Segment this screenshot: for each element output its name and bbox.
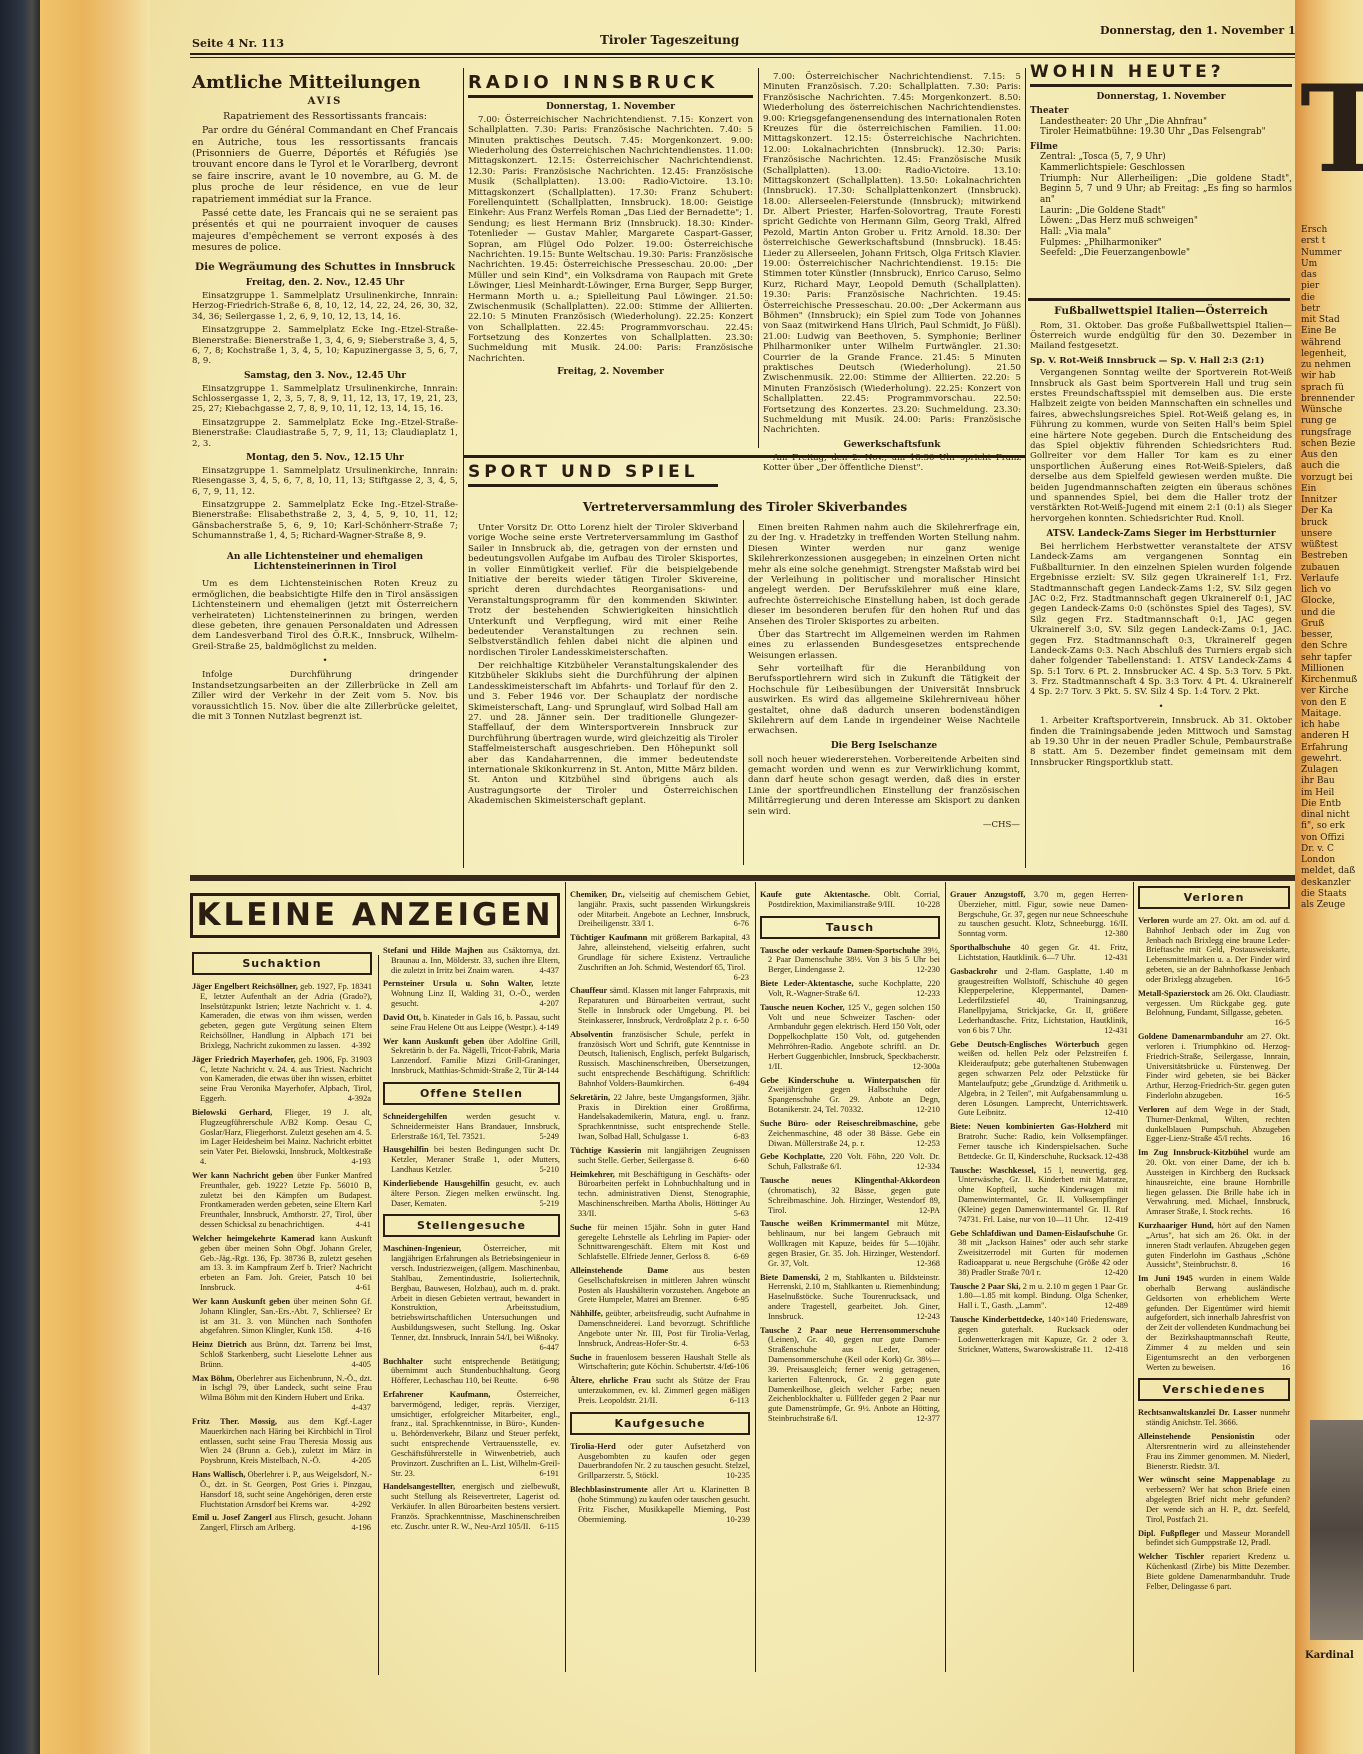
classified-ad: Metall-Spazierstock am 26. Okt. Claudias… (1138, 989, 1290, 1028)
ad-code: 6-191 (547, 1469, 560, 1479)
avis-paragraph: Par ordre du Général Commandant en Chef … (192, 125, 458, 205)
classified-ad: Erfahrener Kaufmann, Österreicher, barve… (383, 1390, 560, 1478)
ad-code: 12-368 (924, 1259, 940, 1269)
ad-list: Tausche oder verkaufe Damen-Sportschuhe … (760, 946, 940, 1424)
fussball-article: Fußballwettspiel Italien—Österreich Rom,… (1030, 305, 1292, 771)
sport-title: SPORT UND SPIEL (468, 462, 718, 487)
page-number: Seite 4 Nr. 113 (192, 37, 284, 50)
ad-lead: Jäger Friedrich Mayerhofer, (192, 1055, 296, 1064)
ad-lead: Kinderliebende Hausgehilfin (383, 1179, 490, 1188)
ad-list: Verloren wurde am 27. Okt. am od. auf d.… (1138, 916, 1290, 1372)
ad-code: 6-76 (742, 919, 750, 929)
ad-lead: Buchhalter (383, 1357, 423, 1366)
classified-ad: Goldene Damenarmbanduhr am 27. Okt. verl… (1138, 1032, 1290, 1101)
classified-ad: Jäger Friedrich Mayerhofer, geb. 1906, F… (192, 1055, 372, 1104)
text-fragment: Eine Be (1301, 326, 1363, 337)
schedule-date: Samstag, den 3. Nov., 12.45 Uhr (192, 371, 458, 382)
article-body: Sehr vorteilhaft für die Heranbildung vo… (748, 664, 1020, 737)
sport-headline: Vertreterversammlung des Tiroler Skiverb… (470, 500, 1020, 514)
page-stain (40, 0, 150, 1754)
ad-list: Rechtsanwaltskanzlei Dr. Lasser nunmehr … (1138, 1408, 1290, 1591)
classified-ad: Maschinen-Ingenieur, Österreicher, mit l… (383, 1244, 560, 1352)
text-fragment: Innitzer (1301, 495, 1363, 506)
article-body: Einen breiten Rahmen nahm auch die Skile… (748, 523, 1020, 627)
classified-ad: Welcher heimgekehrte Kamerad kann Auskun… (192, 1234, 372, 1293)
ad-lead: Heinz Dietrich (192, 1340, 247, 1349)
ad-code: 10-228 (924, 900, 940, 910)
text-fragment: wir hab (1301, 371, 1363, 382)
ad-code: 12-419 (1112, 1215, 1128, 1225)
column-divider (378, 955, 379, 1675)
article-body: Unter Vorsitz Dr. Otto Lorenz hielt der … (468, 523, 738, 658)
article-body: 1. Arbeiter Kraftsportverein, Innsbruck.… (1030, 716, 1292, 768)
ad-lead: Tausche 2 Paar neue Herrensommerschuhe (760, 1326, 940, 1335)
ad-lead: Tausche neues Klingenthal-Akkordeon (760, 1176, 940, 1185)
classified-ad: Biete: Neuen kombinierten Gas-Holzherd m… (950, 1122, 1128, 1161)
classified-ad: Grauer Anzugstoff, 3.70 m, gegen Herren-… (950, 890, 1128, 939)
ad-lead: Verloren (1138, 1105, 1169, 1114)
author-signature: —CHS— (748, 820, 1020, 830)
ad-code: 16-5 (1283, 1018, 1290, 1028)
article-body: Der reichhaltige Kitzbüheler Veranstaltu… (468, 661, 738, 806)
classified-ad: Rechtsanwaltskanzlei Dr. Lasser nunmehr … (1138, 1408, 1290, 1428)
text-fragment: bruck (1301, 518, 1363, 529)
ad-lead: Chemiker, Dr., (570, 890, 625, 899)
ad-lead: Blechblasinstrumente (570, 1485, 648, 1494)
text-fragment: zu nehmen (1301, 360, 1363, 371)
article-body: Bei herrlichem Herbstwetter veranstaltet… (1030, 542, 1292, 698)
text-fragment: fi", so erk (1301, 821, 1363, 832)
text-fragment: Kirchenmuß (1301, 675, 1363, 686)
masthead-rule (190, 53, 1305, 58)
ad-lead: Stefani und Hilde Majhen (383, 946, 483, 955)
classified-ad: Im Juni 1945 wurden in einem Walde oberh… (1138, 1274, 1290, 1372)
ad-list: Stefani und Hilde Majhen aus Csáktornya,… (383, 946, 560, 1076)
text-fragment: Glocke, (1301, 596, 1363, 607)
ad-lead: Tausche oder verkaufe Damen-Sportschuhe (760, 946, 920, 955)
ad-code: 12-230 (924, 965, 940, 975)
ad-lead: Goldene Damenarmbanduhr (1138, 1032, 1243, 1041)
ad-lead: Ältere, ehrliche Frau (570, 1376, 651, 1385)
ad-lead: Suche (570, 1353, 591, 1362)
ad-code: 6-69 (742, 1252, 750, 1262)
text-fragment: dinal nicht (1301, 810, 1363, 821)
ad-lead: Gebe Kinderschuhe u. Winterpatschen (760, 1076, 921, 1085)
ad-code: 16-5 (1283, 1091, 1290, 1101)
text-fragment: Ersch (1301, 225, 1363, 236)
section-rule (190, 875, 1295, 881)
ad-list: Schneidergehilfen werden gesucht v. Schn… (383, 1112, 560, 1208)
ad-lead: Handelsangestellter, (383, 1482, 455, 1491)
avis-paragraph: Passé cette date, les Francais qui ne se… (192, 208, 458, 254)
ad-code: 12-418 (1112, 1345, 1128, 1355)
filme-label: Filme (1030, 142, 1292, 153)
classified-ad: Kaufe gute Aktentasche. Oblt. Corrial, P… (760, 890, 940, 910)
adjacent-photo (1310, 1420, 1363, 1640)
text-fragment: sprach fü (1301, 383, 1363, 394)
text-fragment: Gruß (1301, 619, 1363, 630)
schutt-schedule: Freitag, den. 2. Nov., 12.45 UhrEinsatzg… (192, 278, 458, 541)
classified-ad: Hans Wallisch, Oberlehrer i. P., aus Wei… (192, 1470, 372, 1509)
article-body: Um es dem Lichtensteinischen Roten Kreuz… (192, 579, 458, 652)
classified-ad: Suche für meinen 15jähr. Sohn in guter H… (570, 1223, 750, 1262)
ad-lead: Chauffeur (570, 986, 607, 995)
classified-ad: Gebe Deutsch-Englisches Wörterbuch gegen… (950, 1040, 1128, 1119)
classified-ad: Im Zug Innsbruck-Kitzbühel wurde am 20. … (1138, 1148, 1290, 1217)
adjacent-masthead-letter: T (1300, 70, 1363, 190)
ad-lead: Nähhilfe, (570, 1309, 603, 1318)
theater-label: Theater (1030, 106, 1292, 117)
section-suchaktion: Suchaktion (192, 952, 372, 975)
ad-lead: Gebe Deutsch-Englisches Wörterbuch (950, 1040, 1099, 1049)
schedule-group: Einsatzgruppe 1. Sammelplatz Ursulinenki… (192, 291, 458, 322)
ad-code: 12-243 (924, 1312, 940, 1322)
section-verloren: Verloren (1138, 886, 1290, 909)
theater-entry: Landestheater: 20 Uhr „Die Ahnfrau" (1040, 117, 1292, 128)
section-offene-stellen: Offene Stellen (383, 1082, 560, 1105)
ad-code: 4-16 (364, 1326, 372, 1336)
film-entry: Löwen: „Das Herz muß schweigen" (1040, 216, 1292, 227)
article-subtitle: ATSV. Landeck-Zams Sieger im Herbstturni… (1030, 529, 1292, 540)
section-tausch: Tausch (760, 916, 940, 939)
ad-list: Grauer Anzugstoff, 3.70 m, gegen Herren-… (950, 890, 1128, 1354)
classified-ad: Hausgehilfin bei besten Bedingungen such… (383, 1145, 560, 1174)
ad-code: 12-334 (924, 1162, 940, 1172)
ad-lead: Sporthalbschuhe (950, 943, 1011, 952)
article-body: Rom, 31. Oktober. Das große Fußballwetts… (1030, 321, 1292, 352)
ad-lead: Wer kann Auskunft geben (383, 1037, 484, 1046)
text-fragment: Maitage. (1301, 709, 1363, 720)
ad-code: 4-144 (547, 1066, 560, 1076)
ad-lead: Kaufe gute Aktentasche. (760, 890, 870, 899)
text-fragment: im Heil (1301, 788, 1363, 799)
text-fragment: lich vo (1301, 585, 1363, 596)
ad-lead: Im Zug Innsbruck-Kitzbühel (1138, 1148, 1248, 1157)
text-fragment: zubauen (1301, 563, 1363, 574)
classified-ad: Tüchtiger Kaufmann mit größerem Barkapit… (570, 933, 750, 982)
article-title: Fußballwettspiel Italien—Österreich (1030, 305, 1292, 318)
classified-ad: Biete Leder-Aktentasche, suche Kochplatt… (760, 979, 940, 999)
text-fragment: die (1301, 293, 1363, 304)
text-fragment: von den E (1301, 698, 1363, 709)
section-stellengesuche: Stellengesuche (383, 1214, 560, 1237)
classified-ad: Ältere, ehrliche Frau sucht als Stütze d… (570, 1376, 750, 1405)
issue-date: Donnerstag, den 1. November 1945 (1100, 24, 1319, 37)
ad-lead: Rechtsanwaltskanzlei Dr. Lasser (1138, 1408, 1257, 1417)
text-fragment: sehr tapfer (1301, 653, 1363, 664)
article-body: soll noch heuer wiedererstehen. Vorberei… (748, 755, 1020, 817)
ad-code: 16-5 (1283, 975, 1290, 985)
ad-code: 12-438 (1112, 1152, 1128, 1162)
ad-code: 12-377 (924, 1414, 940, 1424)
classified-ad: Dipl. Fußpfleger und Masseur Morandell b… (1138, 1529, 1290, 1549)
text-fragment: Verlaufe (1301, 574, 1363, 585)
ad-code: 10-235 (734, 1471, 750, 1481)
text-fragment: wüßtest (1301, 540, 1363, 551)
text-fragment: Der Ka (1301, 506, 1363, 517)
text-fragment: Um (1301, 259, 1363, 270)
ad-code: 12-380 (1112, 929, 1128, 939)
wohin-date: Donnerstag, 1. November (1030, 92, 1292, 103)
text-fragment: London (1301, 855, 1363, 866)
text-fragment: rungsfrage (1301, 428, 1363, 439)
ad-code: 6-60 (742, 1156, 750, 1166)
text-fragment: das (1301, 270, 1363, 281)
classified-ad: Kurzhaariger Hund, hört auf den Namen „A… (1138, 1221, 1290, 1270)
text-fragment: ich habe (1301, 720, 1363, 731)
text-fragment: anderen H (1301, 731, 1363, 742)
gewerkschaftsfunk-title: Gewerkschaftsfunk (763, 440, 1021, 451)
separator-dot: • (192, 656, 458, 666)
text-fragment: unsere (1301, 529, 1363, 540)
schedule-group: Einsatzgruppe 1. Sammelplatz Ursulinenki… (192, 384, 458, 415)
ad-lead: Gebe Schlafdiwan und Damen-Eislaufschuhe (950, 1229, 1114, 1238)
wohin-title: WOHIN HEUTE? (1030, 62, 1292, 87)
ad-code: 6-115 (548, 1522, 560, 1532)
book-binding (0, 0, 40, 1754)
ad-code: 4-61 (364, 1283, 372, 1293)
classified-ad: Wer kann Nachricht geben über Funker Man… (192, 1171, 372, 1230)
text-fragment: Ein (1301, 484, 1363, 495)
classified-ad: Kinderliebende Hausgehilfin gesucht, ev.… (383, 1179, 560, 1208)
schedule-date: Montag, den 5. Nov., 12.15 Uhr (192, 453, 458, 464)
ad-list: Kaufe gute Aktentasche. Oblt. Corrial, P… (760, 890, 940, 910)
ad-lead: Gasbackrohr (950, 967, 997, 976)
radio-program-day2: 7.00: Österreichischer Nachrichtendienst… (763, 72, 1021, 476)
classified-ad: Suche in frauenlosem besseren Haushalt S… (570, 1353, 750, 1373)
ads-column-4: Kaufe gute Aktentasche. Oblt. Corrial, P… (760, 890, 940, 1428)
ad-code: 4-437 (359, 1403, 372, 1413)
radio-program-day1: Donnerstag, 1. November 7.00: Österreich… (468, 102, 753, 380)
section-title: Amtliche Mitteilungen (192, 72, 458, 94)
classified-ad: Heinz Dietrich aus Brünn, dzt. Tarrenz b… (192, 1340, 372, 1369)
section-rule (1028, 298, 1290, 301)
text-fragment: auch die (1301, 461, 1363, 472)
text-fragment: vorzugt bei (1301, 473, 1363, 484)
ad-code: 6-494 (737, 1079, 750, 1089)
radio-schedule: 7.00: Österreichischer Nachrichtendienst… (468, 115, 753, 364)
ad-code: 6-113 (738, 1396, 750, 1406)
radio-day: Freitag, 2. November (468, 367, 753, 378)
classified-ad: Buchhalter sucht entsprechende Betätigun… (383, 1357, 560, 1386)
ad-lead: Tirolia-Herd (570, 1442, 616, 1451)
schedule-group: Einsatzgruppe 1. Sammelplatz Ursulinenki… (192, 466, 458, 497)
text-fragment: rung ge (1301, 416, 1363, 427)
ad-code: 4-205 (359, 1456, 372, 1466)
match-result: Sp. V. Rot-Weiß Innsbruck — Sp. V. Hall … (1030, 356, 1292, 366)
article-title: Die Wegräumung des Schuttes in Innsbruck (192, 261, 458, 274)
classified-ad: Bielowski Gerhard, Flieger, 19 J. alt, F… (192, 1108, 372, 1167)
ad-code: 12-420 (1112, 1268, 1128, 1278)
classified-ad: Gebe Kochplatte, 220 Volt. Föhn, 220 Vol… (760, 1152, 940, 1172)
classified-ad: Tausche weißen Krimmermantel mit Mütze, … (760, 1219, 940, 1268)
ad-lead: Welcher heimgekehrte Kamerad (192, 1234, 315, 1243)
text-fragment: pier (1301, 281, 1363, 292)
section-verschiedenes: Verschiedenes (1138, 1378, 1290, 1401)
classified-ad: Suche Büro- oder Reiseschreibmaschine, g… (760, 1119, 940, 1148)
text-fragment: brennender (1301, 394, 1363, 405)
classified-ad: Stefani und Hilde Majhen aus Csáktornya,… (383, 946, 560, 975)
theater-list: Landestheater: 20 Uhr „Die Ahnfrau"Tirol… (1030, 117, 1292, 138)
ad-code: 4-392 (359, 1041, 372, 1051)
radio-day: Donnerstag, 1. November (468, 102, 753, 113)
ad-lead: Tausche 2 Paar Ski, (950, 1282, 1021, 1291)
ad-lead: Metall-Spazierstock (1138, 989, 1210, 998)
photo-caption: Kardinal (1305, 1650, 1354, 1661)
film-entry: Triumph: Nur Allerheiligen: „Die goldene… (1040, 174, 1292, 206)
ad-lead: Im Juni 1945 (1138, 1274, 1193, 1283)
column-divider (1025, 68, 1026, 868)
text-fragment: meldet, daß (1301, 866, 1363, 877)
ad-code: 12-233 (924, 989, 940, 999)
section-kaufgesuche: Kaufgesuche (570, 1412, 750, 1435)
text-fragment: und die (1301, 608, 1363, 619)
classified-ad: Alleinstehende Pensionistin oder Altersr… (1138, 1432, 1290, 1471)
ad-lead: Verloren (1138, 916, 1169, 925)
film-list: Zentral: „Tosca (5, 7, 9 Uhr)Kammerlicht… (1030, 152, 1292, 258)
ad-lead: Absolventin (570, 1030, 613, 1039)
ad-code: 5-63 (742, 1209, 750, 1219)
ad-lead: Tüchtiger Kaufmann (570, 933, 647, 942)
amtliche-mitteilungen: Amtliche Mitteilungen AVIS Rapatriement … (192, 72, 458, 725)
classified-ad: Blechblasinstrumente aller Art u. Klarin… (570, 1485, 750, 1524)
ad-lead: Pernsteiner Ursula u. Sohn Walter, (383, 979, 533, 988)
text-fragment: als Zeuge (1301, 900, 1363, 911)
film-entry: Kammerlichtspiele: Geschlossen (1040, 163, 1292, 174)
text-fragment: Zulagen (1301, 765, 1363, 776)
ad-code: 5-249 (547, 1132, 560, 1142)
schedule-group: Einsatzgruppe 2. Sammelplatz Ecke Ing.-E… (192, 500, 458, 542)
classified-ad: Chauffeur sämtl. Klassen mit langer Fahr… (570, 986, 750, 1025)
ad-code: 4-207 (547, 999, 560, 1009)
text-fragment: mit Stad (1301, 315, 1363, 326)
theater-entry: Tiroler Heimatbühne: 19.30 Uhr „Das Fels… (1040, 127, 1292, 138)
text-fragment: gewehrt. (1301, 754, 1363, 765)
column-divider (565, 882, 566, 1672)
ad-code: 4-41 (364, 1220, 372, 1230)
classified-ad: Gebe Schlafdiwan und Damen-Eislaufschuhe… (950, 1229, 1128, 1278)
text-fragment: von Offizi (1301, 833, 1363, 844)
ad-code: 6-53 (742, 1339, 750, 1349)
classified-ad: Gasbackrohr und 2-flam. Gasplatte, 1.40 … (950, 967, 1128, 1036)
ad-code: 12-431 (1112, 1026, 1128, 1036)
ad-lead: Wer kann Auskunft geben (192, 1297, 290, 1306)
ad-lead: Hausgehilfin (383, 1145, 429, 1154)
classified-ad: Tausche neues Klingenthal-Akkordeon (chr… (760, 1176, 940, 1215)
ad-lead: Tausche: Waschkessel, (950, 1166, 1036, 1175)
text-fragment: deskanzler (1301, 878, 1363, 889)
text-fragment: ihr Bau (1301, 776, 1363, 787)
ad-code: 12-300a (921, 1062, 940, 1072)
column-divider (758, 68, 759, 448)
ad-lead: Erfahrener Kaufmann, (383, 1390, 490, 1399)
text-fragment: Aus den (1301, 450, 1363, 461)
classified-ad: Max Böhm, Oberlehrer aus Eichenbrunn, N.… (192, 1374, 372, 1413)
article-body: Vergangenen Sonntag weilte der Sportvere… (1030, 368, 1292, 524)
ad-lead: Fritz Ther. Mossig, (192, 1417, 277, 1426)
text-fragment: die Staats (1301, 889, 1363, 900)
classified-ad: Chemiker, Dr., vielseitig auf chemischem… (570, 890, 750, 929)
schedule-group: Einsatzgruppe 2. Sammelplatz Ecke Ing.-E… (192, 418, 458, 449)
ads-column-3: Chemiker, Dr., vielseitig auf chemischem… (570, 890, 750, 1528)
classified-ad: Absolventin französischer Schule, perfek… (570, 1030, 750, 1089)
ad-lead: Maschinen-Ingenieur, (383, 1244, 461, 1253)
text-fragment: legenheit, (1301, 349, 1363, 360)
ads-column-6: Verloren Verloren wurde am 27. Okt. am o… (1138, 884, 1290, 1596)
classified-ad: Tausche 2 Paar neue Herrensommerschuhe (… (760, 1326, 940, 1424)
ad-code: 6-106 (737, 1362, 750, 1372)
classified-ad: Tirolia-Herd oder guter Aufsetzherd von … (570, 1442, 750, 1481)
ad-code: 4-292 (359, 1500, 372, 1510)
ad-code: 12-253 (924, 1139, 940, 1149)
text-fragment: ver Kirche (1301, 686, 1363, 697)
column-divider (945, 882, 946, 1672)
schedule-date: Freitag, den. 2. Nov., 12.45 Uhr (192, 278, 458, 289)
ad-code: 6-83 (742, 1132, 750, 1142)
film-entry: Seefeld: „Die Feuerzangenbowle" (1040, 248, 1292, 259)
section-rule (463, 455, 1025, 458)
classified-ad: Tausche 2 Paar Ski, 2 m u. 2.10 m gegen … (950, 1282, 1128, 1311)
ad-code: 4-405 (359, 1360, 372, 1370)
ad-code: 12-489 (1112, 1301, 1128, 1311)
article-body: Infolge Durchführung dringender Instands… (192, 670, 458, 722)
ad-lead: Tausche neuen Kocher, (760, 1003, 845, 1012)
classified-ad: Wer wünscht seine Mappenablage zu verbes… (1138, 1475, 1290, 1524)
text-fragment: Millionen (1301, 664, 1363, 675)
ad-lead: Dipl. Fußpfleger (1138, 1529, 1200, 1538)
classified-ad: Tausche neuen Kocher, 125 V., gegen solc… (760, 1003, 940, 1072)
ad-code: 12-PA (927, 1206, 940, 1216)
ad-lead: Tausche Kinderbettdecke, (950, 1315, 1044, 1324)
ad-lead: Max Böhm, (192, 1374, 234, 1383)
text-fragment: Die Entb (1301, 799, 1363, 810)
text-fragment: besser, (1301, 630, 1363, 641)
classified-ad: David Ott, b. Kinateder in Gals 16, b. P… (383, 1013, 560, 1033)
text-fragment: betr (1301, 304, 1363, 315)
text-fragment: Dr. v. C (1301, 844, 1363, 855)
column-divider (743, 520, 744, 865)
ad-list: Tirolia-Herd oder guter Aufsetzherd von … (570, 1442, 750, 1525)
ad-list: Jäger Engelbert Reichsöllner, geb. 1927,… (192, 982, 372, 1533)
article-subtitle: Die Berg Iselschanze (748, 741, 1020, 752)
classified-ad: Emil u. Josef Zangerl aus Flirsch, gesuc… (192, 1513, 372, 1533)
ad-code: 12-431 (1112, 953, 1128, 963)
classified-ad: Tausche: Waschkessel, 15 l, neuwertig, g… (950, 1166, 1128, 1225)
column-divider (755, 882, 756, 1672)
avis-heading: AVIS (192, 96, 458, 108)
classified-ad: Schneidergehilfen werden gesucht v. Schn… (383, 1112, 560, 1141)
column-divider (1133, 882, 1134, 1672)
ad-lead: Tüchtige Kassierin (570, 1146, 641, 1155)
sport-column-2: Einen breiten Rahmen nahm auch die Skile… (748, 523, 1020, 830)
classified-ad: Gebe Kinderschuhe u. Winterpatschen für … (760, 1076, 940, 1115)
ad-lead: Biete: Neuen kombinierten Gas-Holzherd (950, 1122, 1111, 1131)
classified-ad: Wer kann Auskunft geben über Adolfine Gr… (383, 1037, 560, 1076)
ad-code: 5-219 (547, 1199, 560, 1209)
ads-column-1: Suchaktion Jäger Engelbert Reichsöllner,… (192, 946, 372, 1537)
ad-code: 4-392a (356, 1094, 372, 1104)
text-fragment: Erfahrung (1301, 743, 1363, 754)
ad-lead: Gebe Kochplatte, (760, 1152, 825, 1161)
text-fragment: den Schre (1301, 641, 1363, 652)
film-entry: Laurin: „Die Goldene Stadt" (1040, 206, 1292, 217)
ad-lead: Emil u. Josef Zangerl (192, 1513, 272, 1522)
ad-lead: Schneidergehilfen (383, 1112, 447, 1121)
ad-lead: Biete Leder-Aktentasche, (760, 979, 854, 988)
classified-ad: Jäger Engelbert Reichsöllner, geb. 1927,… (192, 982, 372, 1051)
ad-lead: Biete Damenski, (760, 1273, 820, 1282)
classified-ad: Nähhilfe, geübter, arbeitsfreudig, sucht… (570, 1309, 750, 1348)
